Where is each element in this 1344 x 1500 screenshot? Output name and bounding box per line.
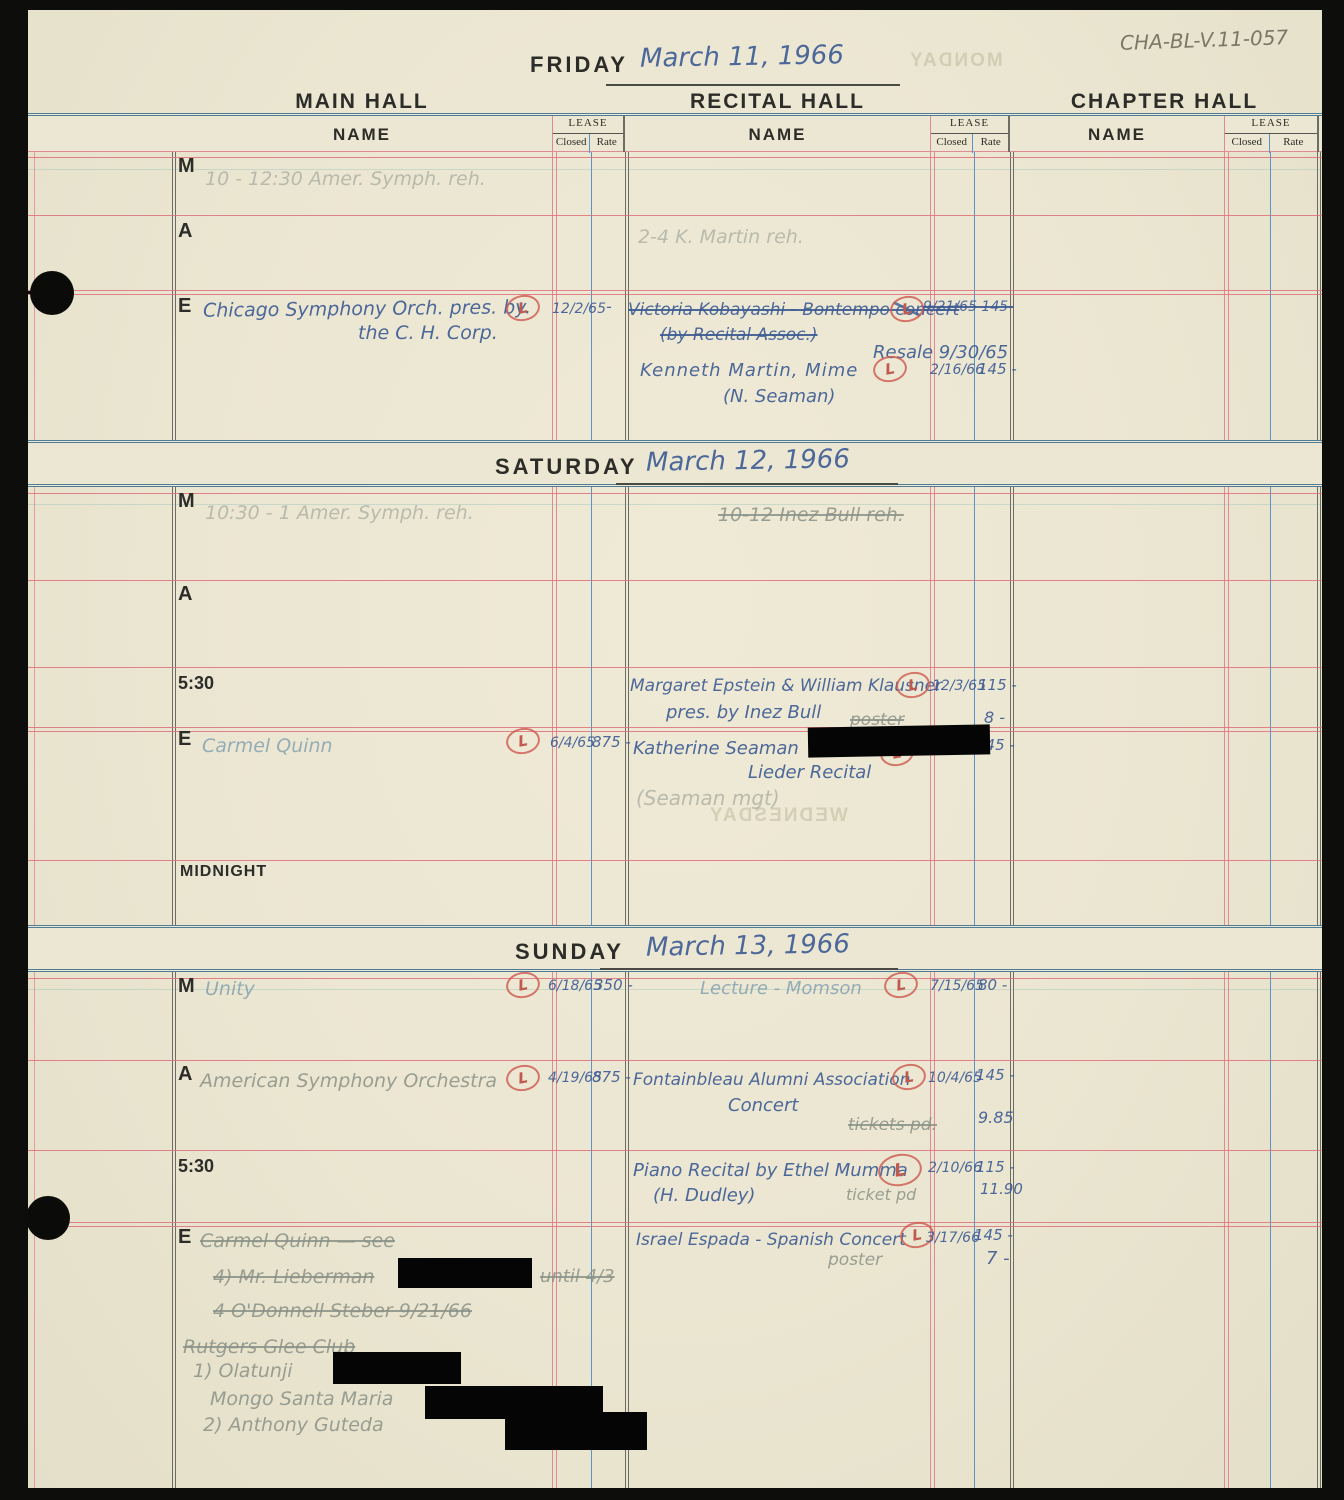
entry-sunday-afternoon-main: American Symphony Orchestra: [200, 1070, 497, 1092]
row-label: M: [178, 155, 195, 178]
lease-header-recital: LEASE Closed Rate: [930, 116, 1010, 152]
red-rule: [28, 493, 1322, 494]
hall-title-main: MAIN HALL: [172, 90, 552, 114]
title-underline: [600, 968, 898, 970]
entry-sunday-evening-main-cancelled-3: 4 O'Donnell Steber 9/21/66: [213, 1300, 472, 1322]
red-rule: [28, 580, 1322, 581]
rate-value: -: [606, 297, 612, 316]
entry-sunday-afternoon-recital: Fontainbleau Alumni Association: [633, 1070, 911, 1090]
name-column-header: NAME: [172, 125, 552, 145]
day-title-sunday: SUNDAY: [515, 939, 624, 965]
rate-value: 145 -: [976, 1066, 1015, 1084]
rate-value: 80 -: [978, 976, 1007, 994]
entry-sunday-evening-main-cancelled-2-suffix: until 4/3: [540, 1266, 615, 1287]
entry-sunday-evening-main-cancelled-1: Carmel Quinn — see: [200, 1230, 395, 1252]
row-label: A: [178, 1063, 192, 1086]
red-rule: [28, 1226, 1322, 1227]
entry-saturday-530-recital-line2: pres. by Inez Bull: [666, 702, 821, 723]
rate-value: 145 -: [978, 360, 1017, 378]
hole-punch-notch: [28, 1216, 50, 1219]
red-rule: [28, 290, 1322, 291]
entry-saturday-evening-recital: Katherine Seaman: [633, 738, 799, 759]
tickets-rate: 9.85: [978, 1108, 1014, 1127]
friday-grid-region: [28, 152, 1322, 440]
lease-label: LEASE: [553, 116, 623, 134]
entry-sunday-morning-recital: Lecture - Momson: [700, 978, 862, 999]
entry-sunday-evening-main-cancelled-2: 4) Mr. Lieberman: [213, 1266, 374, 1288]
rate-value: 875 -: [592, 733, 631, 751]
entry-saturday-evening-recital-line3: (Seaman mgt): [636, 786, 780, 810]
entry-friday-morning-main: 10 - 12:30 Amer. Symph. reh.: [205, 168, 486, 190]
entry-sunday-morning-main: Unity: [205, 978, 255, 1000]
rate-label: Rate: [590, 134, 623, 153]
entry-friday-evening-main-line2: the C. H. Corp.: [358, 322, 498, 344]
redaction-bar: [398, 1258, 532, 1288]
entry-friday-evening-main: Chicago Symphony Orch. pres. by.: [203, 296, 531, 321]
entry-sunday-evening-main-cancelled-4: Rutgers Glee Club: [183, 1336, 355, 1358]
title-underline: [606, 84, 900, 86]
entry-saturday-morning-main: 10:30 - 1 Amer. Symph. reh.: [205, 502, 474, 524]
row-label: 5:30: [178, 1156, 214, 1177]
rate-value: 875 -: [592, 1068, 631, 1086]
closed-date: 12/2/65: [552, 301, 606, 317]
closed-label: Closed: [1225, 134, 1270, 153]
entry-sunday-evening-recital: Israel Espada - Spanish Concert: [636, 1230, 906, 1250]
rate-value: 145 -: [974, 1226, 1013, 1244]
name-column-header: NAME: [625, 125, 930, 145]
column-header-band: NAME NAME NAME LEASE Closed Rate LEASE C…: [28, 113, 1322, 152]
poster-rate: 7 -: [986, 1248, 1010, 1269]
entry-friday-evening-recital-cancelled-line2: (by Recital Assoc.): [660, 325, 818, 345]
rate-value: 115 -: [976, 1158, 1015, 1176]
entry-friday-afternoon-recital: 2-4 K. Martin reh.: [638, 226, 804, 248]
row-label: M: [178, 975, 195, 998]
row-label: MIDNIGHT: [180, 863, 267, 881]
day-date-sunday: March 13, 1966: [646, 929, 850, 963]
rate-value: 350 -: [594, 976, 633, 994]
hall-title-recital: RECITAL HALL: [625, 90, 930, 114]
red-rule: [28, 294, 1322, 295]
closed-label: Closed: [931, 134, 973, 153]
day-title-saturday: SATURDAY: [495, 454, 638, 480]
row-label: A: [178, 220, 192, 243]
title-underline: [616, 483, 898, 485]
rate-label: Rate: [973, 134, 1008, 153]
rate-value: 115 -: [978, 676, 1017, 694]
row-label: E: [178, 295, 191, 318]
red-rule: [28, 731, 1322, 732]
red-rule: [28, 667, 1322, 668]
row-label: 5:30: [178, 673, 214, 694]
entry-saturday-evening-main: Carmel Quinn: [202, 735, 333, 757]
entry-friday-evening-recital-line2: (N. Seaman): [723, 386, 835, 407]
sunday-band: SUNDAY March 13, 1966: [28, 925, 1322, 972]
entry-sunday-afternoon-recital-line2: Concert: [728, 1095, 798, 1116]
red-rule: [28, 215, 1322, 216]
lease-label: LEASE: [1225, 116, 1317, 134]
tickets-note: tickets pd.: [848, 1115, 937, 1135]
red-rule: [28, 727, 1322, 728]
hole-punch-notch: [28, 291, 54, 294]
tickets-rate: 11.90: [980, 1180, 1023, 1198]
red-rule: [28, 860, 1322, 861]
closed-date: 3/17/66: [926, 1230, 980, 1246]
day-title-friday: FRIDAY: [530, 52, 628, 78]
poster-note: poster: [828, 1250, 882, 1270]
lease-header-main: LEASE Closed Rate: [552, 116, 625, 152]
entry-sunday-evening-main-7: 2) Anthony Guteda: [203, 1414, 384, 1436]
red-rule: [28, 1150, 1322, 1151]
closed-date: 7/15/65: [930, 978, 984, 994]
closed-date: 2/16/66: [930, 362, 984, 378]
closed-date: 6/4/65: [550, 735, 595, 751]
entry-saturday-morning-recital-cancelled: 10-12 Inez Bull reh.: [718, 504, 904, 526]
red-rule: [28, 1060, 1322, 1061]
hall-title-chapter: CHAPTER HALL: [1010, 90, 1319, 114]
closed-label: Closed: [553, 134, 590, 153]
bleed-through-text: MONDAY: [908, 50, 1003, 72]
redaction-bar: [505, 1412, 647, 1450]
rate-label: Rate: [1270, 134, 1317, 153]
closed-rate-cancelled: 9/21/65 145-: [923, 299, 1013, 315]
tickets-note: ticket pd: [846, 1185, 916, 1204]
entry-sunday-evening-main-6: Mongo Santa Maria: [210, 1388, 393, 1410]
row-label: E: [178, 728, 191, 751]
day-date-saturday: March 12, 1966: [646, 444, 850, 478]
red-rule: [28, 157, 1322, 158]
row-label: M: [178, 490, 195, 513]
name-column-header: NAME: [1010, 125, 1224, 145]
redaction-bar: [808, 724, 990, 757]
entry-sunday-evening-main-5: 1) Olatunji: [193, 1360, 293, 1382]
closed-date: 10/4/65: [928, 1070, 982, 1086]
lease-header-chapter: LEASE Closed Rate: [1224, 116, 1319, 152]
entry-sunday-530-recital-line2: (H. Dudley): [653, 1185, 755, 1206]
ledger-paper: MONDAY TUESDAY WEDNESDAY CHA-BL-V.11-057…: [28, 10, 1322, 1488]
scanned-ledger-page: MONDAY TUESDAY WEDNESDAY CHA-BL-V.11-057…: [0, 0, 1344, 1500]
reference-number: CHA-BL-V.11-057: [1120, 25, 1289, 55]
day-date-friday: March 11, 1966: [640, 40, 844, 74]
entry-sunday-530-recital: Piano Recital by Ethel Mumma: [633, 1160, 908, 1181]
row-label: E: [178, 1226, 191, 1249]
entry-friday-evening-recital: Kenneth Martin, Mime: [640, 360, 858, 381]
redaction-bar: [333, 1352, 461, 1384]
lease-label: LEASE: [931, 116, 1008, 134]
saturday-band: SATURDAY March 12, 1966: [28, 440, 1322, 487]
closed-date: 2/10/66: [928, 1160, 982, 1176]
entry-saturday-evening-recital-line2: Lieder Recital: [748, 762, 871, 783]
row-label: A: [178, 583, 192, 606]
red-rule: [28, 1222, 1322, 1223]
